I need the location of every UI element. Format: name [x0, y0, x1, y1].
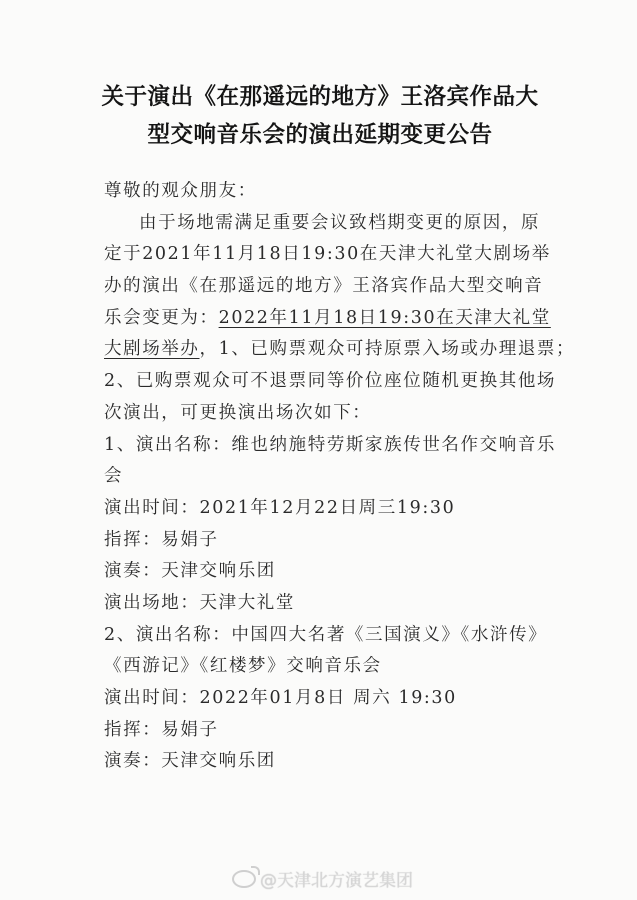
show-name-cont: 《西游记》《红楼梦》交响音乐会 — [104, 651, 574, 683]
watermark-text: @天津北方演艺集团 — [260, 866, 413, 891]
announcement-page: 关于演出《在那遥远的地方》王洛宾作品大 型交响音乐会的演出延期变更公告 尊敬的观… — [0, 0, 637, 900]
show-conductor: 指挥：易娟子 — [104, 715, 574, 747]
show-time: 演出时间：2021年12月22日周三19:30 — [104, 493, 574, 525]
document-title: 关于演出《在那遥远的地方》王洛宾作品大 型交响音乐会的演出延期变更公告 — [80, 78, 560, 154]
title-line-1: 关于演出《在那遥远的地方》王洛宾作品大 — [80, 78, 560, 116]
exchange-option-line: 2、已购票观众可不退票同等价位座位随机更换其他场 — [104, 366, 574, 398]
show-conductor: 指挥：易娟子 — [104, 525, 574, 557]
show-name-cont: 会 — [104, 461, 574, 493]
paragraph-line: 定于2021年11月18日19:30在天津大礼堂大剧场举 — [104, 239, 574, 271]
document-body: 尊敬的观众朋友： 由于场地需满足重要会议致档期变更的原因，原 定于2021年11… — [104, 176, 574, 778]
show-venue: 演出场地：天津大礼堂 — [104, 588, 574, 620]
show-performer: 演奏：天津交响乐团 — [104, 556, 574, 588]
show-name: 2、演出名称：中国四大名著《三国演义》《水浒传》 — [104, 620, 574, 652]
paragraph-line: 由于场地需满足重要会议致档期变更的原因，原 — [104, 208, 574, 240]
show-performer: 演奏：天津交响乐团 — [104, 746, 574, 778]
change-line-2: 大剧场举办，1、已购票观众可持原票入场或办理退票； — [104, 334, 574, 366]
weibo-watermark: @天津北方演艺集团 — [232, 866, 413, 891]
salutation: 尊敬的观众朋友： — [104, 176, 574, 208]
show-1: 1、演出名称：维也纳施特劳斯家族传世名作交响音乐 会 演出时间：2021年12月… — [104, 430, 574, 620]
change-prefix: 乐会变更为： — [104, 308, 219, 328]
new-venue-underlined: 大剧场举办 — [104, 339, 200, 359]
change-line: 乐会变更为：2022年11月18日19:30在天津大礼堂 — [104, 303, 574, 335]
show-time: 演出时间：2022年01月8日 周六 19:30 — [104, 683, 574, 715]
new-date-underlined: 2022年11月18日19:30在天津大礼堂 — [219, 308, 551, 328]
exchange-option-line: 次演出，可更换演出场次如下： — [104, 398, 574, 430]
show-name: 1、演出名称：维也纳施特劳斯家族传世名作交响音乐 — [104, 430, 574, 462]
title-line-2: 型交响音乐会的演出延期变更公告 — [80, 116, 560, 154]
paragraph-line: 办的演出《在那遥远的地方》王洛宾作品大型交响音 — [104, 271, 574, 303]
show-2: 2、演出名称：中国四大名著《三国演义》《水浒传》 《西游记》《红楼梦》交响音乐会… — [104, 620, 574, 778]
refund-option-1: ，1、已购票观众可持原票入场或办理退票； — [200, 339, 576, 359]
weibo-icon — [232, 870, 256, 888]
